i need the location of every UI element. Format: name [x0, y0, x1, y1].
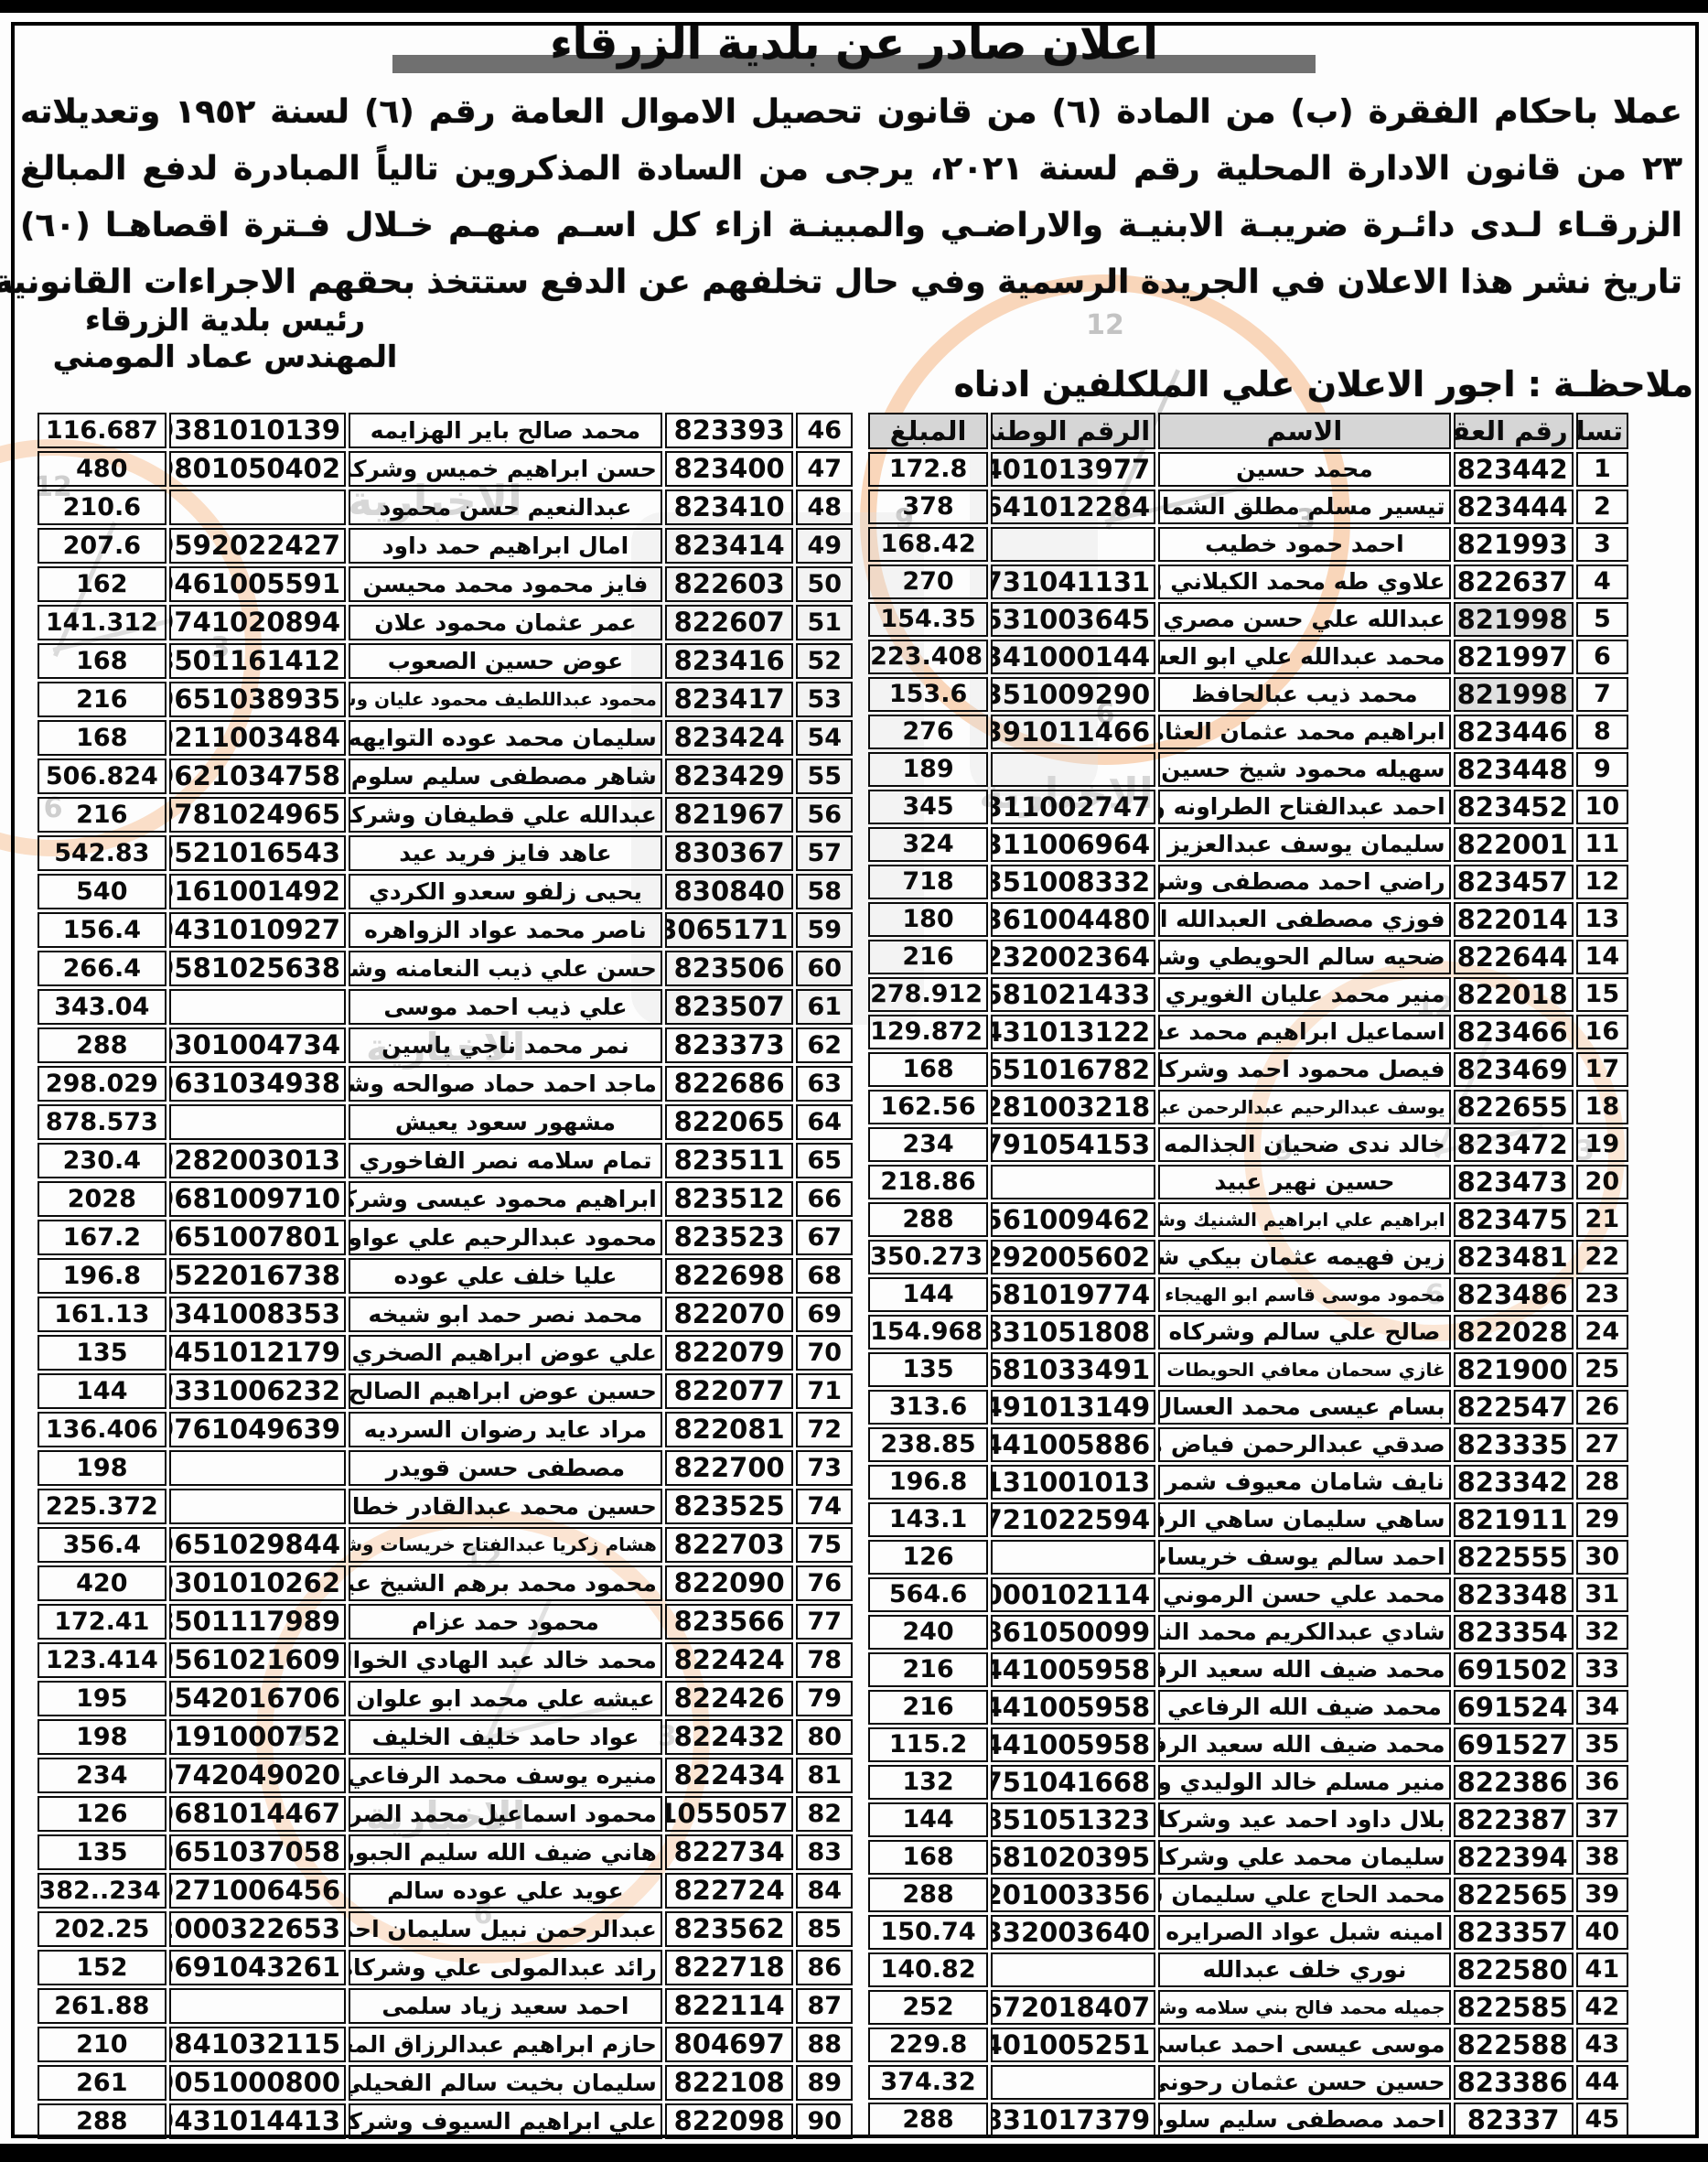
- national-cell: 8501117989: [169, 1604, 346, 1640]
- property-cell: 823481: [1454, 1240, 1574, 1275]
- property-cell: 823348: [1454, 1577, 1574, 1612]
- table-row: 65823511تمام سلامه نصر الفاخوري928200301…: [38, 1143, 853, 1178]
- serial-cell: 61: [796, 989, 853, 1025]
- serial-cell: 53: [796, 682, 853, 717]
- serial-cell: 56: [796, 797, 853, 833]
- table-row: 47823400حسن ابراهيم خميس وشركاه980105040…: [38, 451, 853, 487]
- national-cell: [991, 1165, 1155, 1199]
- national-cell: 9051000800: [169, 2065, 346, 2101]
- national-cell: 9742049020: [169, 1758, 346, 1793]
- national-cell: 9781024965: [169, 797, 346, 833]
- national-cell: 9211003484: [169, 720, 346, 756]
- table-row: 46823393محمد صالح باير الهزايمه938101013…: [38, 413, 853, 448]
- amount-cell: 132: [868, 1765, 988, 1800]
- property-cell: 822098: [665, 2103, 794, 2139]
- property-cell: 823424: [665, 720, 794, 756]
- table-row: 24822028صالح علي سالم وشركاه983105180815…: [868, 1315, 1628, 1350]
- table-row: 76822090محمود محمد برهم الشيخ عيد9301010…: [38, 1565, 853, 1601]
- property-cell: 823562: [665, 1911, 794, 1947]
- national-cell: 9681019774: [991, 1277, 1155, 1312]
- name-cell: تيسير مسلم مطلق الشمايله وشركاه: [1158, 489, 1450, 524]
- serial-cell: 44: [1576, 2065, 1628, 2100]
- national-cell: 9721022594: [991, 1502, 1155, 1537]
- table-row: 32823354شادي عبدالكريم محمد النمر9861050…: [868, 1615, 1628, 1650]
- table-row: 58830840يحيى زلفو سعدو الكردي91610014925…: [38, 874, 853, 909]
- name-cell: محمد نصر حمد ابو شيخه: [349, 1296, 662, 1332]
- name-cell: محمود حمد عزام: [349, 1604, 662, 1640]
- name-cell: جميله محمد فالح بني سلامه وشركاه: [1158, 1990, 1450, 2025]
- serial-cell: 10: [1576, 790, 1628, 824]
- name-cell: عيشه علي محمد ابو علوان: [349, 1681, 662, 1716]
- national-cell: 9431013122: [991, 1015, 1155, 1049]
- national-cell: 9521016543: [169, 835, 346, 871]
- amount-cell: 252: [868, 1990, 988, 2025]
- table-row: 27823335صدقي عبدالرحمن فياض ملكاوي944100…: [868, 1427, 1628, 1462]
- property-cell: 823342: [1454, 1465, 1574, 1500]
- serial-cell: 16: [1576, 1015, 1628, 1049]
- name-cell: بلال داود احمد عيد وشركاه: [1158, 1802, 1450, 1837]
- national-cell: 9621034758: [169, 758, 346, 794]
- serial-cell: 42: [1576, 1990, 1628, 2025]
- serial-cell: 75: [796, 1527, 853, 1563]
- amount-cell: 324: [868, 827, 988, 862]
- amount-cell: 225.372: [38, 1489, 167, 1524]
- national-cell: 2000102114: [991, 1577, 1155, 1612]
- serial-cell: 82: [796, 1796, 853, 1832]
- national-cell: 9301010262: [169, 1565, 346, 1601]
- name-cell: محمود موسى قاسم ابو الهيجاء وشركاه: [1158, 1277, 1450, 1312]
- national-cell: 9271006456: [169, 1873, 346, 1909]
- property-cell: 822585: [1454, 1990, 1574, 2025]
- amount-cell: 198: [38, 1450, 167, 1486]
- page-title: اعلان صادر عن بلدية الزرقاء: [0, 18, 1708, 70]
- table-row: 18822655يوسف عبدالرحيم عبدالرحمن عبدالسل…: [868, 1090, 1628, 1124]
- serial-cell: 37: [1576, 1802, 1628, 1837]
- table-row: 29821911ساهي سليمان ساهي الرقيبات9721022…: [868, 1502, 1628, 1537]
- serial-cell: 72: [796, 1412, 853, 1447]
- name-cell: تمام سلامه نصر الفاخوري: [349, 1143, 662, 1178]
- property-cell: 822588: [1454, 2028, 1574, 2062]
- national-cell: 9561021609: [169, 1642, 346, 1678]
- amount-cell: 162: [38, 566, 167, 602]
- national-cell: [991, 1540, 1155, 1575]
- name-cell: محمود عبدالرحيم علي عواوده: [349, 1220, 662, 1255]
- amount-cell: 216: [38, 682, 167, 717]
- property-cell: 822700: [665, 1450, 794, 1486]
- amount-cell: 168: [868, 1052, 988, 1087]
- serial-cell: 85: [796, 1911, 853, 1947]
- property-cell: 821998: [1454, 602, 1574, 637]
- amount-cell: 216: [868, 1690, 988, 1725]
- property-cell: 821998: [1454, 677, 1574, 712]
- amount-cell: 343.04: [38, 989, 167, 1025]
- amount-cell: 240: [868, 1615, 988, 1650]
- amount-cell: 234: [868, 1127, 988, 1162]
- serial-cell: 48: [796, 489, 853, 525]
- table-row: 11822001سليمان يوسف عبدالعزيز الطوس93110…: [868, 827, 1628, 862]
- amount-cell: 229.8: [868, 2028, 988, 2062]
- name-cell: علي عوض ابراهيم الصخري: [349, 1335, 662, 1371]
- table-row: 68822698عليا خلف علي عوده9522016738196.8: [38, 1258, 853, 1294]
- national-cell: 9681020395: [991, 1840, 1155, 1875]
- national-cell: [169, 1489, 346, 1524]
- amount-cell: 196.8: [38, 1258, 167, 1294]
- property-cell: 823469: [1454, 1052, 1574, 1087]
- table-row: 40823357امينه شبل عواد الصرايره933200364…: [868, 1915, 1628, 1950]
- name-cell: احمد حمود خطيب: [1158, 527, 1450, 562]
- property-cell: 823417: [665, 682, 794, 717]
- table-row: 34691524محمد ضيف الله الرفاعي94410059582…: [868, 1690, 1628, 1725]
- table-row: 593065171ناصر محمد عواد الزواهره94310109…: [38, 912, 853, 948]
- table-row: 19823472خالد ندى ضحيان الجذالمه979105415…: [868, 1127, 1628, 1162]
- national-cell: 9451012179: [169, 1335, 346, 1371]
- national-cell: 9522016738: [169, 1258, 346, 1294]
- property-cell: 822028: [1454, 1315, 1574, 1350]
- property-cell: 822090: [665, 1565, 794, 1601]
- name-cell: محمد صالح باير الهزايمه: [349, 413, 662, 448]
- serial-cell: 8: [1576, 715, 1628, 749]
- property-cell: 822686: [665, 1066, 794, 1102]
- name-cell: منير محمد عليان الغويري وشركاه: [1158, 977, 1450, 1012]
- table-row: 4822637علاوي طه محمد الكيلاني وشركاه9731…: [868, 565, 1628, 599]
- property-cell: 821911: [1454, 1502, 1574, 1537]
- name-cell: محمود اسماعيل محمد الصرعاوي: [349, 1796, 662, 1832]
- property-cell: 823410: [665, 489, 794, 525]
- name-cell: عويد علي عوده سالم: [349, 1873, 662, 1909]
- property-cell: 691524: [1454, 1690, 1574, 1725]
- serial-cell: 43: [1576, 2028, 1628, 2062]
- amount-cell: 288: [38, 2103, 167, 2139]
- property-cell: 21055057: [665, 1796, 794, 1832]
- serial-cell: 58: [796, 874, 853, 909]
- header-row: تسلسلرقم العقارالاسمالرقم الوطنيالمبلغ: [868, 413, 1628, 449]
- serial-cell: 20: [1576, 1165, 1628, 1199]
- property-cell: 822547: [1454, 1390, 1574, 1425]
- table-row: 56821967عبدالله علي قطيفان وشركاه9781024…: [38, 797, 853, 833]
- serial-cell: 49: [796, 528, 853, 564]
- name-cell: علاوي طه محمد الكيلاني وشركاه: [1158, 565, 1450, 599]
- table-row: 64822065مشهور سعود يعيش878.573: [38, 1104, 853, 1140]
- national-cell: 9801050402: [169, 451, 346, 487]
- name-cell: فوزي مصطفى العبدالله البادي: [1158, 902, 1450, 937]
- property-cell: 3065171: [665, 912, 794, 948]
- table-row: 1823442محمد حسين9401013977172.8: [868, 452, 1628, 487]
- table-row: 70822079علي عوض ابراهيم الصخري9451012179…: [38, 1335, 853, 1371]
- header-amount: المبلغ: [868, 413, 988, 449]
- serial-cell: 9: [1576, 752, 1628, 787]
- name-cell: شاهر مصطفى سليم سلوم: [349, 758, 662, 794]
- name-cell: بسام عيسى محمد العسال: [1158, 1390, 1450, 1425]
- national-cell: 9441005958: [991, 1652, 1155, 1687]
- amount-cell: 2028: [38, 1181, 167, 1217]
- national-cell: [169, 1450, 346, 1486]
- property-cell: 822555: [1454, 1540, 1574, 1575]
- serial-cell: 80: [796, 1719, 853, 1755]
- serial-cell: 47: [796, 451, 853, 487]
- serial-cell: 32: [1576, 1615, 1628, 1650]
- property-cell: 822432: [665, 1719, 794, 1755]
- property-cell: 823416: [665, 643, 794, 679]
- amount-cell: 196.8: [868, 1465, 988, 1500]
- amount-cell: 288: [38, 1027, 167, 1063]
- serial-cell: 12: [1576, 865, 1628, 899]
- table-row: 25821900غازي سحمان معافي الحويطات وشركاه…: [868, 1352, 1628, 1387]
- table-row: 85823562عبدالرحمن نبيل سليمان احمد200032…: [38, 1911, 853, 1947]
- property-cell: 823512: [665, 1181, 794, 1217]
- serial-cell: 15: [1576, 977, 1628, 1012]
- amount-cell: 210.6: [38, 489, 167, 525]
- national-cell: 9431010927: [169, 912, 346, 948]
- serial-cell: 38: [1576, 1840, 1628, 1875]
- property-cell: 823486: [1454, 1277, 1574, 1312]
- property-cell: 822387: [1454, 1802, 1574, 1837]
- national-cell: [991, 2065, 1155, 2100]
- property-cell: 823429: [665, 758, 794, 794]
- serial-cell: 62: [796, 1027, 853, 1063]
- table-row: 35691527محمد ضيف الله سعيد الرفاعي944100…: [868, 1727, 1628, 1762]
- name-cell: ابراهيم علي ابراهيم الشنيك وشركاه: [1158, 1202, 1450, 1237]
- national-cell: 9651007801: [169, 1220, 346, 1255]
- national-cell: 9351008332: [991, 865, 1155, 899]
- property-cell: 821993: [1454, 527, 1574, 562]
- name-cell: حسين نهير عبيد: [1158, 1165, 1450, 1199]
- name-cell: محمد عبدالله علي ابو العسل: [1158, 640, 1450, 674]
- property-cell: 822637: [1454, 565, 1574, 599]
- national-cell: 9441005958: [991, 1690, 1155, 1725]
- property-cell: 823473: [1454, 1165, 1574, 1199]
- property-cell: 821997: [1454, 640, 1574, 674]
- serial-cell: 3: [1576, 527, 1628, 562]
- table-row: 80822432عواد حامد خليف الخليف91910007521…: [38, 1719, 853, 1755]
- serial-cell: 59: [796, 912, 853, 948]
- name-cell: محمد خالد عبد الهادي الخوالده: [349, 1642, 662, 1678]
- table-row: 57830367عاهد فايز فريد عيد9521016543542.…: [38, 835, 853, 871]
- table-row: 8221055057محمود اسماعيل محمد الصرعاوي968…: [38, 1796, 853, 1832]
- name-cell: سليمان محمد علي وشركاه: [1158, 1840, 1450, 1875]
- table-row: 39822565محمد الحاج علي سليمان شنيور92010…: [868, 1877, 1628, 1912]
- table-row: 69822070محمد نصر حمد ابو شيخه93410083531…: [38, 1296, 853, 1332]
- property-cell: 822424: [665, 1642, 794, 1678]
- serial-cell: 88: [796, 2027, 853, 2062]
- serial-cell: 65: [796, 1143, 853, 1178]
- national-cell: 9791054153: [991, 1127, 1155, 1162]
- name-cell: محمد ذيب عبالحافظ: [1158, 677, 1450, 712]
- amount-cell: 153.6: [868, 677, 988, 712]
- serial-cell: 6: [1576, 640, 1628, 674]
- table-row: 49823414امال ابراهيم حمد داود95920224272…: [38, 528, 853, 564]
- name-cell: علي ذيب احمد موسى: [349, 989, 662, 1025]
- property-cell: 823507: [665, 989, 794, 1025]
- amount-cell: 168: [38, 643, 167, 679]
- property-cell: 823511: [665, 1143, 794, 1178]
- charges-table-body: تسلسلرقم العقارالاسمالرقم الوطنيالمبلغ18…: [868, 413, 1628, 2137]
- national-cell: 9831051808: [991, 1315, 1155, 1350]
- name-cell: هشام زكريا عبدالفتاح خريسات وشركائه: [349, 1527, 662, 1563]
- amount-cell: 878.573: [38, 1104, 167, 1140]
- property-cell: 823448: [1454, 752, 1574, 787]
- serial-cell: 73: [796, 1450, 853, 1486]
- name-cell: صالح علي سالم وشركاه: [1158, 1315, 1450, 1350]
- serial-cell: 46: [796, 413, 853, 448]
- national-cell: 9331006232: [169, 1373, 346, 1409]
- property-cell: 822081: [665, 1412, 794, 1447]
- national-cell: 9311006964: [991, 827, 1155, 862]
- table-row: 81822434منيره يوسف محمد الرفاعي974204902…: [38, 1758, 853, 1793]
- name-cell: مشهور سعود يعيش: [349, 1104, 662, 1140]
- table-row: 86822718رائد عبدالمولى علي وشركاه9691043…: [38, 1950, 853, 1985]
- national-cell: 9631034938: [169, 1066, 346, 1102]
- amount-cell: 144: [868, 1802, 988, 1837]
- property-cell: 804697: [665, 2027, 794, 2062]
- table-row: 50822603فايز محمود محمد محيسن94610055911…: [38, 566, 853, 602]
- property-cell: 823523: [665, 1220, 794, 1255]
- property-cell: 822565: [1454, 1877, 1574, 1912]
- property-cell: 823357: [1454, 1915, 1574, 1950]
- property-cell: 691502: [1454, 1652, 1574, 1687]
- amount-cell: 230.4: [38, 1143, 167, 1178]
- amount-cell: 207.6: [38, 528, 167, 564]
- national-cell: 9191000752: [169, 1719, 346, 1755]
- national-cell: 9391011466: [991, 715, 1155, 749]
- national-cell: 9441005958: [991, 1727, 1155, 1762]
- amount-cell: 238.85: [868, 1427, 988, 1462]
- property-cell: 822698: [665, 1258, 794, 1294]
- serial-cell: 21: [1576, 1202, 1628, 1237]
- amount-cell: 540: [38, 874, 167, 909]
- name-cell: مراد عايد رضوان السرديه: [349, 1412, 662, 1447]
- amount-cell: 374.32: [868, 2065, 988, 2100]
- name-cell: حسين حسن عثمان رحوني: [1158, 2065, 1450, 2100]
- property-cell: 823566: [665, 1604, 794, 1640]
- national-cell: 9381010139: [169, 413, 346, 448]
- table-row: 51822607عمر عثمان محمود علان974102089414…: [38, 605, 853, 640]
- header-property: رقم العقار: [1454, 413, 1574, 449]
- amount-cell: 216: [38, 797, 167, 833]
- amount-cell: 116.687: [38, 413, 167, 448]
- amount-cell: 218.86: [868, 1165, 988, 1199]
- serial-cell: 4: [1576, 565, 1628, 599]
- name-cell: عمر عثمان محمود علان: [349, 605, 662, 640]
- name-cell: عبدالله علي قطيفان وشركاه: [349, 797, 662, 833]
- name-cell: موسى عيسى احمد عباسي: [1158, 2028, 1450, 2062]
- national-cell: 2000322653: [169, 1911, 346, 1947]
- name-cell: علي ابراهيم السيوف وشركاه: [349, 2103, 662, 2139]
- table-row: 61823507علي ذيب احمد موسى343.04: [38, 989, 853, 1025]
- serial-cell: 81: [796, 1758, 853, 1793]
- serial-cell: 27: [1576, 1427, 1628, 1462]
- amount-cell: 288: [868, 1877, 988, 1912]
- table-row: 9823448سهيله محمود شيخ حسين189: [868, 752, 1628, 787]
- table-row: 43822588موسى عيسى احمد عباسي940100525122…: [868, 2028, 1628, 2062]
- serial-cell: 1: [1576, 452, 1628, 487]
- property-cell: 822703: [665, 1527, 794, 1563]
- serial-cell: 17: [1576, 1052, 1628, 1087]
- serial-cell: 70: [796, 1335, 853, 1371]
- serial-cell: 57: [796, 835, 853, 871]
- name-cell: ضحيه سالم الحويطي وشركاه: [1158, 940, 1450, 974]
- serial-cell: 60: [796, 951, 853, 986]
- national-cell: 9592022427: [169, 528, 346, 564]
- national-cell: 9201003356: [991, 1877, 1155, 1912]
- amount-cell: 420: [38, 1565, 167, 1601]
- property-cell: 822734: [665, 1834, 794, 1870]
- national-cell: 9651016782: [991, 1052, 1155, 1087]
- property-cell: 823393: [665, 413, 794, 448]
- serial-cell: 90: [796, 2103, 853, 2139]
- table-row: 67823523محمود عبدالرحيم علي عواوده965100…: [38, 1220, 853, 1255]
- property-cell: 822077: [665, 1373, 794, 1409]
- national-cell: [169, 1104, 346, 1140]
- name-cell: احمد عبدالفتاح الطراونه وشركاه: [1158, 790, 1450, 824]
- serial-cell: 26: [1576, 1390, 1628, 1425]
- amount-cell: 718: [868, 865, 988, 899]
- name-cell: نمر محمد ناجي ياسين: [349, 1027, 662, 1063]
- table-row: 23823486محمود موسى قاسم ابو الهيجاء وشرك…: [868, 1277, 1628, 1312]
- amount-cell: 180: [868, 902, 988, 937]
- name-cell: هاني ضيف الله سليم الجبور: [349, 1834, 662, 1870]
- signature-title: رئيس بلدية الزرقاء: [33, 302, 417, 339]
- property-cell: 822394: [1454, 1840, 1574, 1875]
- amount-cell: 195: [38, 1681, 167, 1716]
- national-cell: [169, 489, 346, 525]
- table-row: 41822580نوري خلف عبدالله140.82: [868, 1952, 1628, 1987]
- name-cell: امينه شبل عواد الصرايره: [1158, 1915, 1450, 1950]
- serial-cell: 78: [796, 1642, 853, 1678]
- serial-cell: 23: [1576, 1277, 1628, 1312]
- serial-cell: 84: [796, 1873, 853, 1909]
- announcement-paragraph: عملا باحكام الفقرة (ب) من المادة (٦) من …: [20, 84, 1682, 311]
- amount-cell: 129.872: [868, 1015, 988, 1049]
- name-cell: سليمان يوسف عبدالعزيز الطوس: [1158, 827, 1450, 862]
- national-cell: 9581025638: [169, 951, 346, 986]
- table-row: 71822077حسين عوض ابراهيم الصالح933100623…: [38, 1373, 853, 1409]
- charges-table-rows-1-45: تسلسلرقم العقارالاسمالرقم الوطنيالمبلغ18…: [865, 410, 1631, 2140]
- property-cell: 823457: [1454, 865, 1574, 899]
- serial-cell: 5: [1576, 602, 1628, 637]
- table-row: 28823342نايف شامان معيوف شمر913100101319…: [868, 1465, 1628, 1500]
- amount-cell: 150.74: [868, 1915, 988, 1950]
- serial-cell: 30: [1576, 1540, 1628, 1575]
- name-cell: راضي احمد مصطفى وشركاه: [1158, 865, 1450, 899]
- serial-cell: 25: [1576, 1352, 1628, 1387]
- amount-cell: 144: [38, 1373, 167, 1409]
- name-cell: مصطفى حسن قويدر: [349, 1450, 662, 1486]
- table-row: 54823424سليمان محمد عوده التوايهه9211003…: [38, 720, 853, 756]
- national-cell: 9361004480: [991, 902, 1155, 937]
- table-row: 26822547بسام عيسى محمد العسال94910131493…: [868, 1390, 1628, 1425]
- amount-cell: 278.912: [868, 977, 988, 1012]
- serial-cell: 40: [1576, 1915, 1628, 1950]
- amount-cell: 288: [868, 1202, 988, 1237]
- name-cell: محمد ضيف الله الرفاعي: [1158, 1690, 1450, 1725]
- serial-cell: 22: [1576, 1240, 1628, 1275]
- name-cell: يحيى زلفو سعدو الكردي: [349, 874, 662, 909]
- national-cell: 9672018407: [991, 1990, 1155, 2025]
- serial-cell: 50: [796, 566, 853, 602]
- amount-cell: 261.88: [38, 1988, 167, 2024]
- amount-cell: 141.312: [38, 605, 167, 640]
- property-cell: 822014: [1454, 902, 1574, 937]
- amount-cell: 135: [38, 1335, 167, 1371]
- header-name: الاسم: [1158, 413, 1450, 449]
- name-cell: منيره يوسف محمد الرفاعي: [349, 1758, 662, 1793]
- name-cell: سليمان بخيت سالم الفحيلي: [349, 2065, 662, 2101]
- amount-cell: 313.6: [868, 1390, 988, 1425]
- property-cell: 823386: [1454, 2065, 1574, 2100]
- serial-cell: 55: [796, 758, 853, 794]
- name-cell: زين فهيمه عثمان بيكي شريم: [1158, 1240, 1450, 1275]
- table-row: 20823473حسين نهير عبيد218.86: [868, 1165, 1628, 1199]
